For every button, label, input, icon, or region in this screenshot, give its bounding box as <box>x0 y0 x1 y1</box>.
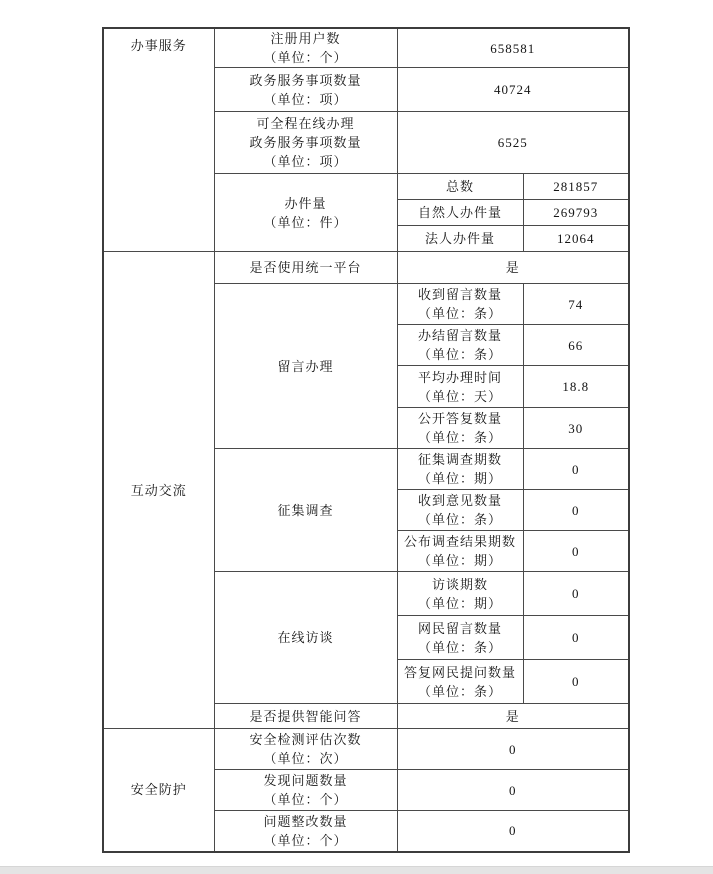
group-label: 办件量 <box>215 194 397 213</box>
metric-label: 访谈期数 <box>398 575 523 594</box>
metric-label: 收到意见数量 <box>398 491 523 510</box>
metric-value-cell: 是 <box>397 252 629 284</box>
metric-label-cell: 注册用户数 （单位：个） <box>214 28 397 68</box>
metric-label-cell: 发现问题数量 （单位：个） <box>214 770 397 811</box>
metric-unit: （单位：条） <box>398 682 523 701</box>
metric-value-cell: 40724 <box>397 68 629 112</box>
metric-label: 问题整改数量 <box>215 812 397 831</box>
sub-metric-value-cell: 0 <box>523 660 629 704</box>
sub-metric-value-cell: 18.8 <box>523 366 629 408</box>
metric-unit: （单位：个） <box>215 48 397 67</box>
metric-label-cell: 是否提供智能问答 <box>214 704 397 729</box>
metric-value-cell: 6525 <box>397 112 629 174</box>
sub-metric-value-cell: 0 <box>523 449 629 490</box>
metric-label: 办结留言数量 <box>398 326 523 345</box>
group-label-cell: 征集调查 <box>214 449 397 572</box>
metric-label: 征集调查期数 <box>398 450 523 469</box>
metric-label: 可全程在线办理 <box>215 114 397 133</box>
category-interaction: 互动交流 <box>103 252 214 729</box>
metric-value-cell: 658581 <box>397 28 629 68</box>
metric-label: 收到留言数量 <box>398 285 523 304</box>
metric-label: 安全检测评估次数 <box>215 730 397 749</box>
group-label-cell: 留言办理 <box>214 284 397 449</box>
sub-metric-label-cell: 收到意见数量 （单位：条） <box>397 490 523 531</box>
metric-unit: （单位：条） <box>398 510 523 529</box>
sub-metric-value-cell: 12064 <box>523 226 629 252</box>
metric-label-cell: 政务服务事项数量 （单位：项） <box>214 68 397 112</box>
metric-label: 注册用户数 <box>215 29 397 48</box>
metric-label: 平均办理时间 <box>398 368 523 387</box>
group-unit: （单位：件） <box>215 213 397 232</box>
group-label-cell: 办件量 （单位：件） <box>214 174 397 252</box>
sub-metric-value-cell: 269793 <box>523 200 629 226</box>
sub-metric-label-cell: 自然人办件量 <box>397 200 523 226</box>
sub-metric-label-cell: 法人办件量 <box>397 226 523 252</box>
metric-value-cell: 0 <box>397 811 629 852</box>
sub-metric-label-cell: 访谈期数 （单位：期） <box>397 572 523 616</box>
metric-value-cell: 0 <box>397 770 629 811</box>
metric-label-cell: 安全检测评估次数 （单位：次） <box>214 729 397 770</box>
sub-metric-label-cell: 网民留言数量 （单位：条） <box>397 616 523 660</box>
sub-metric-value-cell: 0 <box>523 531 629 572</box>
metric-unit: （单位：期） <box>398 594 523 613</box>
metric-label-cell: 是否使用统一平台 <box>214 252 397 284</box>
metric-unit: （单位：天） <box>398 387 523 406</box>
metric-unit: （单位：条） <box>398 428 523 447</box>
metric-label: 发现问题数量 <box>215 771 397 790</box>
metric-label: 公开答复数量 <box>398 409 523 428</box>
category-security: 安全防护 <box>103 729 214 852</box>
metric-label: 网民留言数量 <box>398 619 523 638</box>
sub-metric-value-cell: 0 <box>523 572 629 616</box>
sub-metric-label-cell: 总数 <box>397 174 523 200</box>
metric-value-cell: 是 <box>397 704 629 729</box>
group-label-cell: 在线访谈 <box>214 572 397 704</box>
sub-metric-label-cell: 平均办理时间 （单位：天） <box>397 366 523 408</box>
sub-metric-value-cell: 0 <box>523 616 629 660</box>
metric-label: 政务服务事项数量 <box>215 71 397 90</box>
sub-metric-label-cell: 收到留言数量 （单位：条） <box>397 284 523 325</box>
metric-label-cell: 问题整改数量 （单位：个） <box>214 811 397 852</box>
metric-unit: （单位：次） <box>215 749 397 768</box>
metric-label-cell: 可全程在线办理 政务服务事项数量 （单位：项） <box>214 112 397 174</box>
sub-metric-label-cell: 公布调查结果期数 （单位：期） <box>397 531 523 572</box>
metric-unit: （单位：条） <box>398 345 523 364</box>
metric-unit: （单位：条） <box>398 304 523 323</box>
metric-unit: （单位：条） <box>398 638 523 657</box>
sub-metric-label-cell: 办结留言数量 （单位：条） <box>397 325 523 366</box>
sub-metric-label-cell: 征集调查期数 （单位：期） <box>397 449 523 490</box>
metric-label: 政务服务事项数量 <box>215 133 397 152</box>
sub-metric-value-cell: 30 <box>523 408 629 449</box>
sub-metric-value-cell: 0 <box>523 490 629 531</box>
metric-unit: （单位：个） <box>215 831 397 850</box>
sub-metric-value-cell: 281857 <box>523 174 629 200</box>
metric-label: 答复网民提问数量 <box>398 663 523 682</box>
sub-metric-value-cell: 74 <box>523 284 629 325</box>
page-bottom-bar <box>0 866 713 874</box>
sub-metric-label-cell: 答复网民提问数量 （单位：条） <box>397 660 523 704</box>
metric-value-cell: 0 <box>397 729 629 770</box>
sub-metric-label-cell: 公开答复数量 （单位：条） <box>397 408 523 449</box>
metric-unit: （单位：期） <box>398 551 523 570</box>
sub-metric-value-cell: 66 <box>523 325 629 366</box>
metric-label: 公布调查结果期数 <box>398 532 523 551</box>
metric-unit: （单位：项） <box>215 152 397 171</box>
category-service: 办事服务 <box>103 28 214 252</box>
metric-unit: （单位：个） <box>215 790 397 809</box>
metric-unit: （单位：期） <box>398 469 523 488</box>
annual-report-statistics-table: 办事服务 注册用户数 （单位：个） 658581 政务服务事项数量 （单位：项）… <box>102 27 630 853</box>
metric-unit: （单位：项） <box>215 90 397 109</box>
